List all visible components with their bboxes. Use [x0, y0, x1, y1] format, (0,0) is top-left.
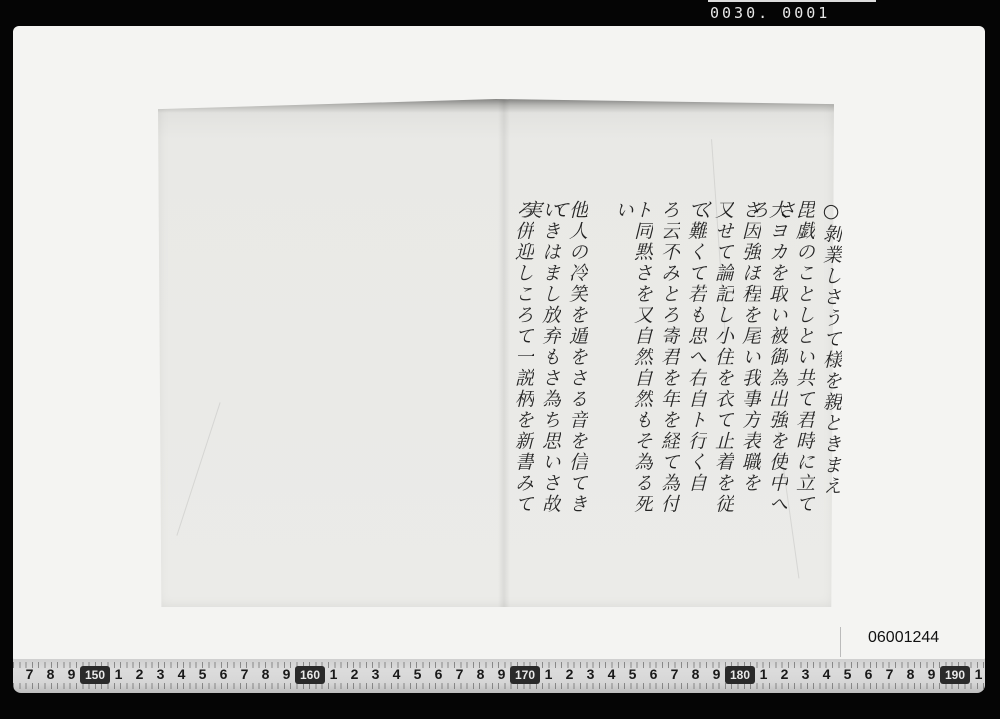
text-column: ろ併迎しころて一説柄を新書みて	[505, 200, 532, 530]
ruler-label-major: 190	[940, 666, 970, 684]
ruler-label: 3	[795, 666, 816, 684]
catalog-id: 06001244	[868, 629, 939, 647]
ruler-label: 8	[255, 666, 276, 684]
ruler-labels: 7 8 9 150 1 2 3 4 5 6 7 8 9 160 1 2 3 4 …	[19, 666, 985, 684]
text-column: さ因強ほ程を尾い我事方表職を	[732, 200, 759, 530]
text-column: 他人の冷笑を遁をさる音を信てきて	[559, 200, 586, 530]
ruler-label: 2	[774, 666, 795, 684]
text-column: ろ云不みとろ寄君を年を経て為付	[651, 200, 678, 530]
ruler-label: 6	[428, 666, 449, 684]
ruler-label: 2	[129, 666, 150, 684]
ruler-label: 4	[816, 666, 837, 684]
ruler-label: 5	[837, 666, 858, 684]
ruler-label: 1	[538, 666, 559, 684]
text-column: ○剝業しさうて様を親ときまえ	[813, 200, 840, 530]
ruler-label: 7	[664, 666, 685, 684]
ruler-label-major: 150	[80, 666, 110, 684]
ruler-label: 7	[879, 666, 900, 684]
ruler-label: 5	[622, 666, 643, 684]
ruler-label: 9	[921, 666, 942, 684]
ruler-label: 1	[323, 666, 344, 684]
ruler-label: 9	[706, 666, 727, 684]
ruler-label: 4	[386, 666, 407, 684]
ruler-label: 1	[968, 666, 985, 684]
ruler-label: 5	[192, 666, 213, 684]
ruler-label: 1	[753, 666, 774, 684]
ruler-label: 2	[559, 666, 580, 684]
ruler-label: 9	[276, 666, 297, 684]
ruler-label: 4	[601, 666, 622, 684]
ruler-label: 8	[900, 666, 921, 684]
ruler-label: 3	[580, 666, 601, 684]
ruler-label: 9	[61, 666, 82, 684]
ruler-label-major: 160	[295, 666, 325, 684]
ruler-label: 8	[470, 666, 491, 684]
ruler-label: 5	[407, 666, 428, 684]
ruler-label-major: 170	[510, 666, 540, 684]
ruler-label: 7	[449, 666, 470, 684]
ruler-label: 2	[344, 666, 365, 684]
text-column: 毘戯のことしとい共て君時に立てさ	[786, 200, 813, 530]
measuring-ruler: 7 8 9 150 1 2 3 4 5 6 7 8 9 160 1 2 3 4 …	[13, 659, 985, 693]
text-column: 大ヨカを取い被御為出強を使中へろ	[759, 200, 786, 530]
ruler-label: 7	[234, 666, 255, 684]
ruler-label: 7	[19, 666, 40, 684]
ruler-label: 4	[171, 666, 192, 684]
text-column-blank	[586, 200, 624, 530]
id-divider	[840, 627, 841, 657]
text-column: ト同黙さを又自然自然もそ為る死い	[624, 200, 651, 530]
text-column: いきはまし放弃もさ為ち思いさ故実	[532, 200, 559, 530]
text-column: 又せて論記し小住を衣て止着を従く	[705, 200, 732, 530]
text-column: て難くて若も思へ右自ト行く自	[678, 200, 705, 530]
ruler-label: 8	[685, 666, 706, 684]
ruler-label: 3	[365, 666, 386, 684]
paper-crease	[176, 402, 220, 535]
manuscript-text: ○剝業しさうて様を親ときまえ 毘戯のことしとい共て君時に立てさ 大ヨカを取い被御…	[370, 200, 840, 530]
ruler-label: 9	[491, 666, 512, 684]
ruler-label: 6	[213, 666, 234, 684]
ruler-label-major: 180	[725, 666, 755, 684]
ruler-label: 6	[858, 666, 879, 684]
ruler-label: 8	[40, 666, 61, 684]
ruler-label: 3	[150, 666, 171, 684]
ruler-label: 1	[108, 666, 129, 684]
ruler-label: 6	[643, 666, 664, 684]
frame-number: 0030. 0001	[700, 0, 890, 26]
